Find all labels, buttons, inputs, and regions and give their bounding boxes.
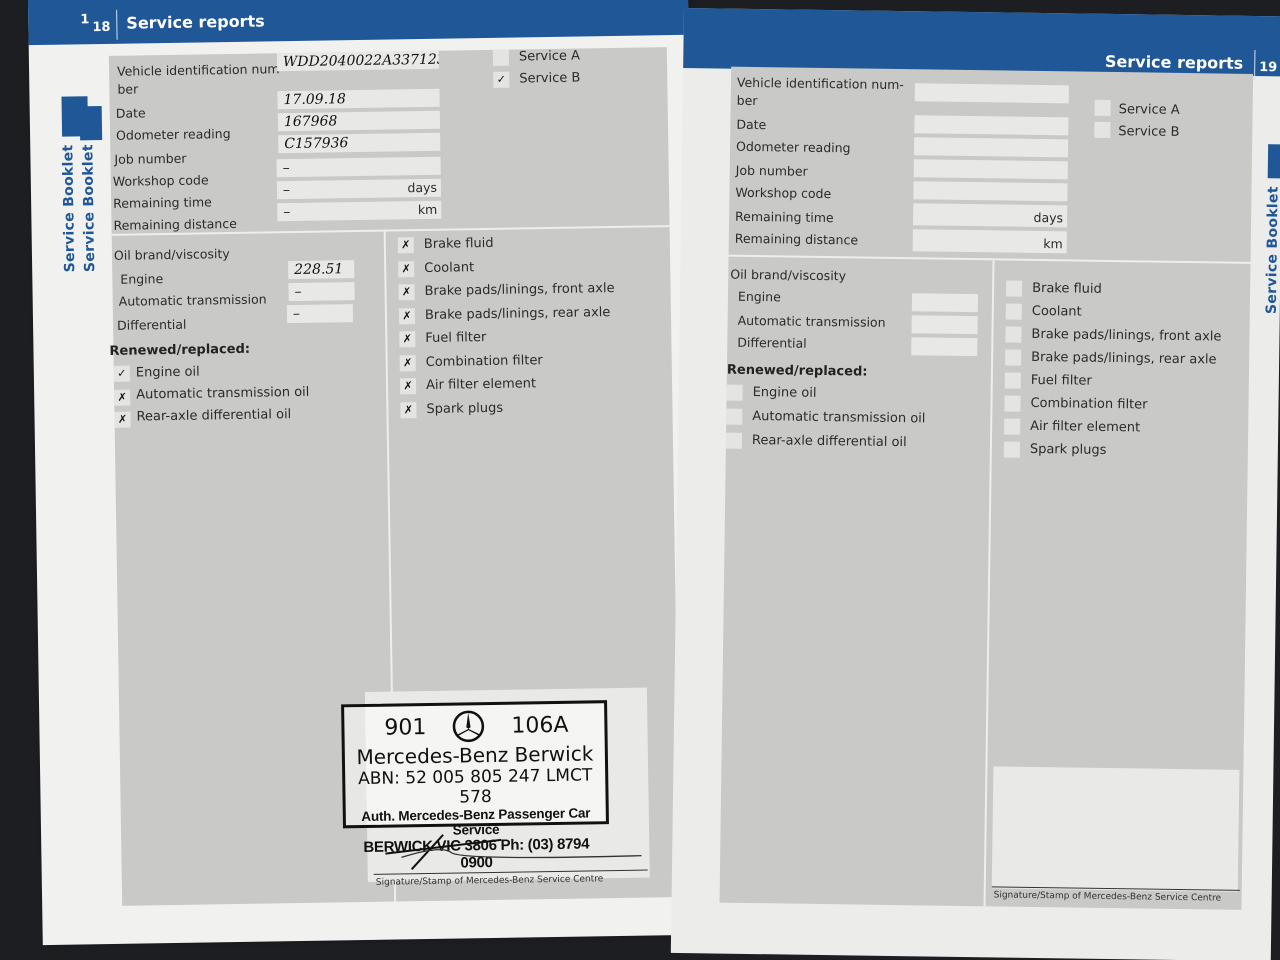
service-a-label: Service A — [519, 49, 580, 65]
signature-caption: Signature/Stamp of Mercedes-Benz Service… — [376, 874, 604, 888]
signature-caption: Signature/Stamp of Mercedes-Benz Service… — [994, 890, 1222, 903]
service-a-checkbox[interactable] — [493, 50, 509, 66]
section-divider — [729, 255, 1251, 264]
check-item-label: Brake fluid — [424, 236, 494, 252]
check-item-label: Air filter element — [1030, 419, 1140, 436]
check-item-checkbox[interactable] — [1006, 281, 1022, 297]
auto-trans-oil-label: Automatic transmission — [738, 313, 886, 330]
remaining-time-label: Remaining time — [735, 209, 834, 225]
remaining-time-field[interactable]: days — [913, 203, 1067, 227]
workshop-code-label: Workshop code — [113, 172, 209, 189]
odometer-label: Odometer reading — [736, 139, 851, 156]
check-item-checkbox[interactable]: ✗ — [400, 378, 416, 394]
engine-oil-renewed-label: Engine oil — [753, 385, 817, 401]
side-tab-service-booklet[interactable]: Service Booklet — [60, 144, 78, 272]
odometer-field[interactable]: 167968 — [278, 111, 440, 132]
remaining-time-field[interactable]: – days — [277, 179, 441, 200]
rear-axle-oil-renewed-label: Rear-axle differential oil — [752, 433, 907, 450]
header-divider — [1254, 50, 1255, 80]
check-item-label: Brake pads/linings, front axle — [1031, 327, 1221, 345]
side-tab-service-booklet[interactable]: Service Booklet — [1264, 186, 1280, 314]
header-divider — [116, 10, 117, 40]
rear-axle-oil-checkbox[interactable] — [726, 433, 742, 449]
check-item-label: Fuel filter — [1031, 373, 1092, 389]
left-page-header: 1 18 Service reports — [28, 0, 689, 45]
check-item-checkbox[interactable] — [1005, 373, 1021, 389]
auto-trans-oil-field[interactable]: – — [288, 282, 354, 301]
page-number: 19 — [1259, 60, 1277, 75]
check-item-label: Combination filter — [1030, 396, 1147, 413]
rear-axle-oil-checkbox[interactable]: ✗ — [114, 412, 130, 428]
previous-page-number: 1 — [80, 12, 89, 27]
page-number: 18 — [92, 20, 110, 35]
engine-oil-label: Engine — [738, 289, 781, 305]
vin-field[interactable] — [915, 83, 1069, 103]
check-item-label: Fuel filter — [425, 330, 486, 346]
vin-label: Vehicle identification num- — [737, 75, 904, 92]
differential-oil-label: Differential — [117, 317, 187, 333]
check-item-checkbox[interactable] — [1006, 304, 1022, 320]
renewed-heading: Renewed/replaced: — [109, 342, 250, 359]
date-label: Date — [736, 117, 766, 132]
right-page: Service reports 19 Service Booklet Vehic… — [671, 8, 1280, 960]
check-item-label: Coolant — [424, 260, 474, 276]
auto-trans-oil-field[interactable] — [911, 315, 977, 334]
side-tab-service-booklet[interactable]: Service Booklet — [80, 144, 98, 272]
remaining-distance-field[interactable]: km — [913, 229, 1067, 253]
left-page: 1 18 Service reports Service Booklet Ser… — [28, 0, 703, 945]
signature-area[interactable] — [992, 766, 1240, 891]
check-item-label: Brake fluid — [1032, 281, 1102, 297]
job-number-label: Job number — [736, 163, 808, 179]
engine-oil-renewed-label: Engine oil — [136, 365, 200, 381]
check-item-checkbox[interactable]: ✗ — [399, 331, 415, 347]
job-number-field[interactable]: C157936 — [278, 133, 440, 154]
check-item-checkbox[interactable] — [1004, 396, 1020, 412]
check-item-checkbox[interactable] — [1004, 442, 1020, 458]
odometer-field[interactable] — [914, 137, 1068, 157]
remaining-time-value: – — [283, 182, 290, 198]
days-unit: days — [407, 179, 437, 197]
service-b-checkbox[interactable] — [1094, 122, 1110, 138]
service-report-form: Vehicle identification num- ber WDD20400… — [109, 47, 680, 906]
check-item-checkbox[interactable]: ✗ — [400, 402, 416, 418]
engine-oil-field[interactable]: 228.51 — [288, 260, 354, 279]
service-a-checkbox[interactable] — [1095, 100, 1111, 116]
check-item-checkbox[interactable]: ✗ — [398, 261, 414, 277]
service-report-form: Vehicle identification num- ber Date Odo… — [720, 67, 1254, 910]
stamp-code-right: 106A — [511, 712, 568, 738]
service-b-label: Service B — [1118, 124, 1179, 140]
check-item-checkbox[interactable]: ✗ — [399, 308, 415, 324]
engine-oil-field[interactable] — [912, 293, 978, 312]
stamp-code-left: 901 — [384, 715, 426, 741]
check-item-checkbox[interactable] — [1005, 350, 1021, 366]
check-item-checkbox[interactable] — [1005, 327, 1021, 343]
workshop-code-field[interactable] — [913, 181, 1067, 201]
service-b-label: Service B — [519, 71, 580, 87]
job-number-field[interactable] — [914, 159, 1068, 179]
service-b-checkbox[interactable]: ✓ — [493, 72, 509, 88]
section-title: Service reports — [126, 11, 265, 32]
differential-oil-field[interactable] — [911, 337, 977, 356]
engine-oil-label: Engine — [120, 271, 163, 287]
auto-trans-oil-renewed-label: Automatic transmission oil — [136, 385, 309, 403]
days-unit: days — [1033, 209, 1063, 227]
check-item-checkbox[interactable]: ✗ — [398, 284, 414, 300]
check-item-label: Spark plugs — [1030, 442, 1107, 458]
differential-oil-label: Differential — [737, 335, 807, 351]
stamp-abn: ABN: 52 005 805 247 LMCT 578 — [345, 765, 606, 809]
vin-label: Vehicle identification num- — [117, 61, 284, 79]
auto-trans-oil-checkbox[interactable]: ✗ — [114, 390, 130, 406]
date-field[interactable]: 17.09.18 — [277, 89, 439, 110]
remaining-distance-label: Remaining distance — [735, 231, 859, 248]
km-unit: km — [418, 201, 438, 219]
vin-label-cont: ber — [737, 93, 758, 108]
handwritten-signature — [381, 827, 652, 871]
engine-oil-checkbox[interactable]: ✓ — [114, 366, 130, 382]
auto-trans-oil-renewed-label: Automatic transmission oil — [752, 409, 925, 426]
odometer-label: Odometer reading — [116, 126, 231, 143]
check-item-label: Brake pads/linings, rear axle — [425, 305, 611, 323]
check-item-label: Coolant — [1032, 304, 1082, 320]
mercedes-star-icon — [452, 709, 487, 744]
remaining-distance-field[interactable]: – km — [277, 201, 441, 222]
workshop-code-label: Workshop code — [735, 185, 831, 201]
vin-label-cont: ber — [117, 81, 138, 96]
date-field[interactable] — [914, 115, 1068, 135]
renewed-heading: Renewed/replaced: — [727, 363, 868, 380]
check-item-label: Combination filter — [426, 353, 543, 370]
side-tab-marker — [80, 106, 103, 140]
open-service-booklet: 1 18 Service reports Service Booklet Ser… — [0, 0, 1280, 960]
rear-axle-oil-renewed-label: Rear-axle differential oil — [136, 407, 291, 424]
check-item-checkbox[interactable]: ✗ — [400, 355, 416, 371]
auto-trans-oil-checkbox[interactable] — [726, 409, 742, 425]
right-page-header: Service reports 19 — [683, 8, 1280, 76]
check-item-label: Air filter element — [426, 376, 536, 393]
section-title: Service reports — [1105, 52, 1244, 73]
km-unit: km — [1043, 235, 1063, 253]
remaining-distance-label: Remaining distance — [113, 216, 237, 233]
workshop-code-field[interactable]: – — [276, 157, 440, 178]
check-item-checkbox[interactable] — [1004, 419, 1020, 435]
oil-heading: Oil brand/viscosity — [730, 267, 846, 284]
oil-heading: Oil brand/viscosity — [114, 246, 230, 263]
engine-oil-checkbox[interactable] — [727, 385, 743, 401]
check-item-checkbox[interactable]: ✗ — [398, 237, 414, 253]
side-tab-marker — [1268, 144, 1280, 178]
check-item-label: Brake pads/linings, rear axle — [1031, 350, 1217, 368]
differential-oil-field[interactable]: – — [287, 304, 353, 323]
remaining-distance-value: – — [283, 204, 290, 220]
date-label: Date — [116, 105, 146, 120]
remaining-time-label: Remaining time — [113, 194, 212, 211]
dealer-stamp: 901 106A Mercedes-Benz Berwick ABN: 52 0… — [341, 700, 609, 828]
service-a-label: Service A — [1119, 102, 1180, 118]
job-number-label: Job number — [114, 151, 186, 167]
check-item-label: Brake pads/linings, front axle — [424, 281, 614, 299]
auto-trans-oil-label: Automatic transmission — [119, 291, 267, 308]
check-item-label: Spark plugs — [426, 400, 503, 416]
vin-field[interactable]: WDD2040022A337123 — [277, 51, 439, 72]
